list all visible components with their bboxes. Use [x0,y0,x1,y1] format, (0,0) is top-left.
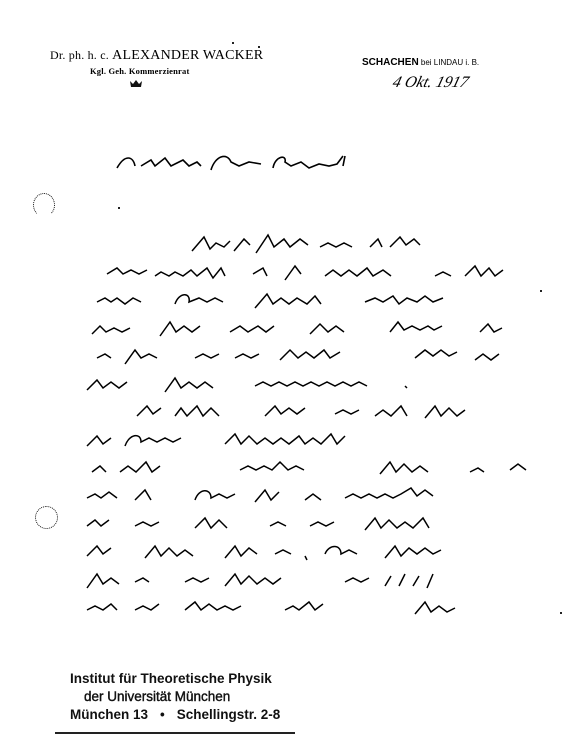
stamp-line-2: der Universität München [70,688,280,706]
body-line: [handwritten line mentioning 1917, illeg… [85,570,555,592]
place-city: LINDAU i. B. [434,58,479,67]
scan-speck [118,207,120,209]
body-line: [handwritten line, illegible] [85,374,505,396]
stamp-separator: • [160,707,165,722]
letter-page: Dr. ph. h. c. ALEXANDER WACKER Kgl. Geh.… [0,0,577,748]
body-line: [handwritten line, illegible] [90,318,550,340]
stamp-street: Schellingstr. 2-8 [177,707,281,722]
stamp-line-3: München 13•Schellingstr. 2-8 [70,706,280,724]
letterhead-sender: ALEXANDER WACKER [112,48,263,63]
body-line: [handwritten line, illegible] [85,542,555,564]
body-line: [handwritten line, illegible] [85,486,555,508]
place-line: SCHACHEN bei LINDAU i. B. [362,57,479,68]
body-line: [handwritten line, illegible] [135,402,555,424]
body-line: [handwritten line, illegible] [85,430,555,452]
scan-speck [258,46,260,48]
stamp-city: München 13 [70,707,148,722]
body-line: Ihre gefl. Zuschrift vom 25. Sept. [190,233,450,255]
body-line: [handwritten line, illegible] [85,598,535,620]
scan-speck [560,612,562,614]
institute-stamp: Institut für Theoretische Physik der Uni… [70,670,280,724]
handwriting-strokes [115,152,445,174]
crown-icon [130,80,142,87]
punch-hole-bottom [35,506,58,529]
place-connector: bei [419,58,434,67]
punch-hole-top [33,193,55,217]
letterhead-name: Dr. ph. h. c. ALEXANDER WACKER [50,48,263,64]
scan-speck [232,42,234,44]
body-line: [handwritten line, illegible] [90,458,550,480]
place-main: SCHACHEN [362,57,419,68]
stamp-line-1: Institut für Theoretische Physik [70,670,280,688]
body-line: [handwritten line, illegible] [95,346,515,368]
scan-speck [540,290,542,292]
letterhead-title: Kgl. Geh. Kommerzienrat [90,66,190,76]
bottom-rule [55,732,295,734]
body-line: [handwritten line, illegible] [105,262,555,284]
letterhead-prefix: Dr. ph. h. c. [50,48,112,62]
body-line: [handwritten line, illegible] [85,514,555,536]
letter-date: 4 Okt. 1917 [391,74,471,92]
body-line: [handwritten line, illegible] [95,290,555,312]
salutation: Sehr geehrter Herr Professor! [115,152,445,174]
